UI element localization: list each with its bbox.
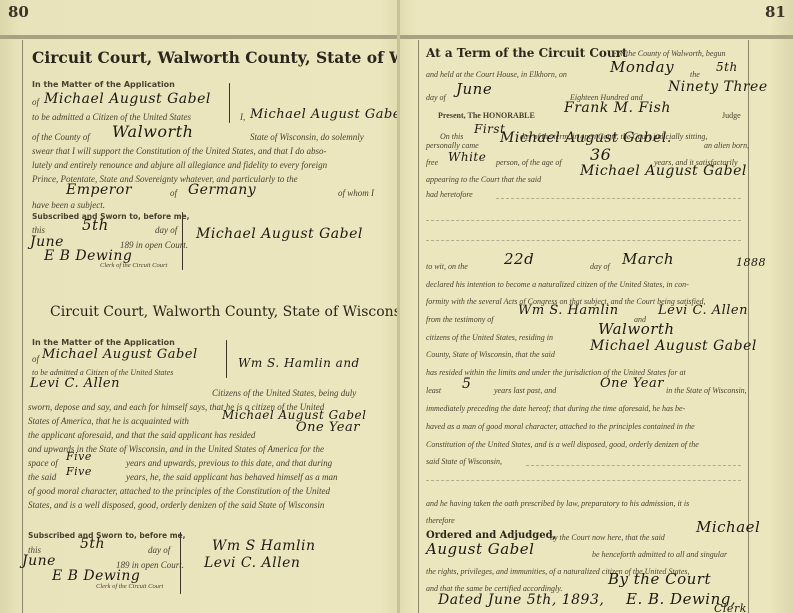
county-label: of the County of <box>32 132 90 142</box>
said-value: Five <box>66 465 92 478</box>
blank-line <box>426 480 741 481</box>
resided-value: One Year <box>296 420 360 435</box>
to-wit-label: to wit, on the <box>426 262 468 271</box>
term-rest: For the County of Walworth, begun <box>612 49 725 58</box>
witness-1: Wm S. Hamlin <box>518 303 619 318</box>
top-rule <box>0 35 398 39</box>
ordered-rest: by the Court now here, that the said <box>550 533 665 542</box>
by-court: By the Court <box>608 570 711 588</box>
held-line: and held at the Court House, in Elkhorn,… <box>426 70 567 79</box>
declarant-name: Michael August Gabel <box>250 107 406 122</box>
clerk-title: Clerk of the Circuit Court <box>100 262 167 269</box>
state-line: State of Wisconsin, do solemnly <box>250 132 364 142</box>
person-age-label: person, of the age of <box>496 158 562 167</box>
day-of-label: day of <box>155 225 177 235</box>
years-state-value: One Year <box>600 376 664 391</box>
day-of-label: day of <box>590 262 610 271</box>
dated-line: Dated June 5th, 1893, <box>438 592 604 608</box>
witness-signature-2: Levi C. Allen <box>204 555 300 571</box>
declared-year-value: 1888 <box>736 256 766 269</box>
applicant-signature: Michael August Gabel <box>196 226 363 242</box>
month-value: June <box>456 80 492 98</box>
race-value: White <box>448 150 486 164</box>
witness-signature-1: Wm S Hamlin <box>212 538 315 554</box>
oath-line: lutely and entirely renounce and abjure … <box>32 160 327 170</box>
brace <box>229 83 230 123</box>
clerk-title: Clerk <box>714 602 747 613</box>
body-line: Constitution of the United States, and i… <box>426 440 699 449</box>
admitted-line: be henceforth admitted to all and singul… <box>592 550 727 559</box>
judge-name: Frank M. Fish <box>564 100 671 116</box>
citizens-line: Citizens of the United States, being dul… <box>212 388 356 398</box>
day-of-label: day of <box>148 545 170 555</box>
brace <box>226 340 227 378</box>
alien-name: Michael August Gabel. <box>500 130 672 146</box>
left-page: 80 Circuit Court, Walworth County, State… <box>0 0 398 613</box>
oath-line: swear that I will support the Constituti… <box>32 146 327 156</box>
blank-line <box>496 198 741 199</box>
alien-born: an alien born, <box>704 141 749 150</box>
testimony-label: from the testimony of <box>426 315 493 324</box>
body-line: haved as a man of good moral character, … <box>426 422 695 431</box>
said-name: Michael August Gabel <box>590 338 757 354</box>
date-day-value: 5th <box>716 60 738 74</box>
affidavit-line: years and upwards, previous to this date… <box>126 458 332 468</box>
on-this-label: On this <box>440 132 463 141</box>
affidavit-line: States of America, that he is acquainted… <box>28 416 189 426</box>
ordered-name: Michael <box>696 518 760 536</box>
year-words-value: Ninety Three <box>668 79 768 95</box>
page-number: 80 <box>8 3 29 21</box>
residing-county-value: Walworth <box>598 320 675 338</box>
brace <box>180 532 181 594</box>
sovereign-country: Germany <box>188 182 256 198</box>
day-of-label: day of <box>426 93 446 102</box>
applicant-name: Michael August Gabel <box>44 91 211 107</box>
heretofore-label: had heretofore <box>426 190 473 199</box>
the-label: the <box>690 70 700 79</box>
day-value: 5th <box>82 216 109 234</box>
affidavit-title: Circuit Court, Walworth County, State of… <box>50 304 419 320</box>
page-number: 81 <box>765 3 786 21</box>
of-whom: of whom I <box>338 188 374 198</box>
declared-line: declared his intention to become a natur… <box>426 280 689 289</box>
term-heading: At a Term of the Circuit Court <box>426 46 627 60</box>
in-state-label: in the State of Wisconsin, <box>666 386 747 395</box>
sovereign-title: Emperor <box>66 182 132 198</box>
declared-day-value: 22d <box>504 250 534 268</box>
weekday-value: Monday <box>610 58 674 76</box>
clerk-signature: E B Dewing <box>52 568 140 584</box>
free-label: free <box>426 158 438 167</box>
witness-2: Levi C. Allen <box>658 303 748 318</box>
affidavit-line: the applicant aforesaid, and that the sa… <box>28 430 255 440</box>
citizens-residing: citizens of the United States, residing … <box>426 333 553 342</box>
page-frame <box>22 40 23 613</box>
admitted-line: to be admitted a Citizen of the United S… <box>32 112 191 122</box>
top-rule <box>400 35 793 39</box>
judge-label: Judge <box>722 111 741 120</box>
day-value: 5th <box>80 536 105 552</box>
least-label: least <box>426 386 441 395</box>
body-line: immediately preceding the date hereof; t… <box>426 404 685 413</box>
appearing-name: Michael August Gabel <box>580 163 747 179</box>
personally-came: personally came <box>426 141 479 150</box>
space-label: space of <box>28 458 58 468</box>
declared-month-value: March <box>622 250 674 268</box>
month-value: June <box>22 553 56 569</box>
years-last-label: years last past, and <box>494 386 556 395</box>
present-label: Present, The HONORABLE <box>438 111 535 120</box>
age-value: 36 <box>590 145 611 164</box>
clerk-title: Clerk of the Circuit Court <box>96 583 163 590</box>
blank-line <box>426 220 741 221</box>
blank-line <box>426 240 741 241</box>
years-us-value: 5 <box>462 376 471 392</box>
ordered-name: August Gabel <box>426 540 534 558</box>
subject-line: have been a subject. <box>32 200 105 210</box>
of-label: of <box>32 354 39 364</box>
body-line: said State of Wisconsin, <box>426 457 502 466</box>
matter-heading: In the Matter of the Application <box>32 80 175 89</box>
of-label: of <box>32 97 39 107</box>
subscribed-line: Subscribed and Sworn to, before me, <box>32 212 189 221</box>
county-state-line: County, State of Wisconsin, that the sai… <box>426 350 555 359</box>
space-value: Five <box>66 450 92 463</box>
oath-line: and he having taken the oath prescribed … <box>426 499 689 508</box>
affidavit-line: States, and is a well disposed, good, or… <box>28 500 324 510</box>
blank-line <box>526 465 741 466</box>
applicant-name: Michael August Gabel <box>42 347 198 362</box>
affidavit-line: years, he, the said applicant has behave… <box>126 472 337 482</box>
witness-2: Levi C. Allen <box>30 376 120 391</box>
brace <box>182 212 183 270</box>
i-label: I, <box>240 112 245 122</box>
witness-1: Wm S. Hamlin and <box>238 356 360 370</box>
therefore-label: therefore <box>426 516 455 525</box>
said-label: the said <box>28 472 56 482</box>
county-value: Walworth <box>112 122 193 141</box>
of-label: of <box>170 188 177 198</box>
right-page: 81 At a Term of the Circuit Court For th… <box>400 0 793 613</box>
affidavit-line: of good moral character, attached to the… <box>28 486 330 496</box>
page-frame <box>418 40 419 613</box>
matter-heading: In the Matter of the Application <box>32 338 175 347</box>
subscribed-line: Subscribed and Sworn to, before me, <box>28 531 185 540</box>
appearing-line: appearing to the Court that the said <box>426 175 541 184</box>
